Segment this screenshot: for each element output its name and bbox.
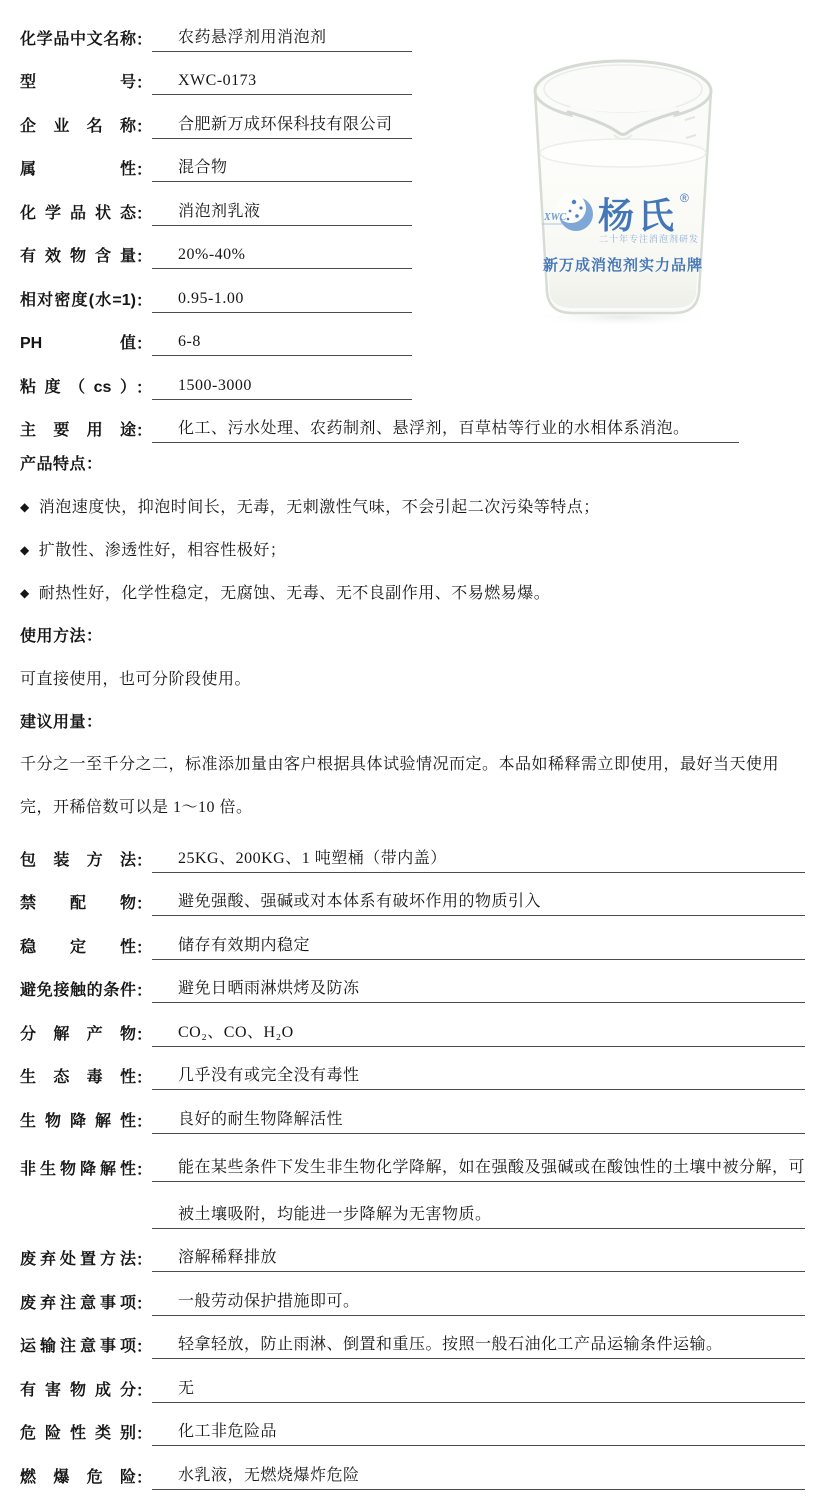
field-row-chemical-name: 化学品中文名称：农药悬浮剂用消泡剂 [20, 8, 805, 52]
field-label: 属性 [20, 160, 136, 182]
field-colon: ： [136, 1065, 152, 1090]
field-row-model: 型号：XWC-0173 [20, 52, 805, 96]
field-colon: ： [136, 244, 152, 269]
field-colon: ： [136, 935, 152, 960]
field-value: 溶解稀释排放 [152, 1247, 805, 1272]
field-row-attribute: 属性：混合物 [20, 139, 805, 183]
field-row-harmful-components: 有害物成分：无 [20, 1359, 805, 1403]
feature-text: 扩散性、渗透性好，相容性极好； [39, 529, 287, 572]
field-label: 生态毒性 [20, 1068, 136, 1090]
field-row-nonbio-degradability: 非生物降解性：能在某些条件下发生非生物化学降解，如在强酸及强碱或在酸蚀性的土壤中… [20, 1134, 805, 1229]
field-colon: ： [136, 418, 152, 443]
field-row-transport-precautions: 运输注意事项：轻拿轻放，防止雨淋、倒置和重压。按照一般石油化工产品运输条件运输。 [20, 1316, 805, 1360]
dosage-text: 千分之一至千分之二，标准添加量由客户根据具体试验情况而定。本品如稀释需立即使用，… [20, 744, 805, 829]
section-heading-usage: 使用方法： [20, 615, 805, 658]
field-row-incompatibles: 禁配物：避免强酸、强碱或对本体系有破坏作用的物质引入 [20, 873, 805, 917]
field-colon: ： [136, 891, 152, 916]
field-value: XWC-0173 [152, 70, 412, 95]
field-value: 化工、污水处理、农药制剂、悬浮剂，百草枯等行业的水相体系消泡。 [152, 418, 739, 443]
field-value: 化工非危险品 [152, 1421, 805, 1446]
field-colon: ： [136, 978, 152, 1003]
field-value: 25KG、200KG、1 吨塑桶（带内盖） [152, 848, 805, 873]
field-row-packing: 包装方法：25KG、200KG、1 吨塑桶（带内盖） [20, 829, 805, 873]
section-heading-dosage: 建议用量： [20, 701, 805, 744]
field-colon: ： [136, 201, 152, 226]
field-value: 水乳液，无燃烧爆炸危险 [152, 1465, 805, 1490]
field-row-main-use: 主要用途：化工、污水处理、农药制剂、悬浮剂，百草枯等行业的水相体系消泡。 [20, 400, 805, 444]
field-colon: ： [136, 70, 152, 95]
field-value: 20%-40% [152, 244, 412, 269]
field-row-biodegradability: 生物降解性：良好的耐生物降解活性 [20, 1090, 805, 1134]
field-label: 型号 [20, 73, 136, 95]
field-label: 有害物成分 [20, 1381, 136, 1403]
field-value: 避免强酸、强碱或对本体系有破坏作用的物质引入 [152, 891, 805, 916]
field-label: 企业名称 [20, 117, 136, 139]
field-value: 避免日晒雨淋烘烤及防冻 [152, 978, 805, 1003]
field-row-ph: PH值：6-8 [20, 313, 805, 357]
field-value: 一般劳动保护措施即可。 [152, 1291, 805, 1316]
field-colon: ： [136, 114, 152, 139]
field-label: 有效物含量 [20, 247, 136, 269]
field-value: 0.95-1.00 [152, 288, 412, 313]
usage-text: 可直接使用，也可分阶段使用。 [20, 658, 805, 701]
field-value: 6-8 [152, 331, 412, 356]
field-label: 分解产物 [20, 1025, 136, 1047]
field-colon: ： [136, 331, 152, 356]
field-label: 包装方法 [20, 851, 136, 873]
field-label: 非生物降解性 [20, 1160, 136, 1182]
field-colon: ： [136, 157, 152, 182]
field-value: 1500-3000 [152, 375, 412, 400]
field-value: 轻拿轻放，防止雨淋、倒置和重压。按照一般石油化工产品运输条件运输。 [152, 1334, 805, 1359]
field-colon: ： [136, 1157, 152, 1182]
field-colon: ： [136, 27, 152, 52]
field-value-line2: 被土壤吸附，均能进一步降解为无害物质。 [152, 1204, 805, 1229]
field-label: 主要用途 [20, 421, 136, 443]
field-label: 避免接触的条件 [20, 981, 136, 1003]
field-value: 储存有效期内稳定 [152, 935, 805, 960]
field-colon: ： [136, 1421, 152, 1446]
diamond-bullet-icon: ◆ [20, 486, 30, 529]
field-row-explosion-hazard: 燃爆危险：水乳液，无燃烧爆炸危险 [20, 1446, 805, 1490]
field-label: 危险性类别 [20, 1424, 136, 1446]
field-colon: ： [136, 1022, 152, 1047]
field-colon: ： [136, 1291, 152, 1316]
feature-text: 耐热性好，化学性稳定，无腐蚀、无毒、无不良副作用、不易燃易爆。 [39, 572, 551, 615]
field-label: 燃爆危险 [20, 1468, 136, 1490]
field-row-active-content: 有效物含量：20%-40% [20, 226, 805, 270]
field-colon: ： [136, 1334, 152, 1359]
field-colon: ： [136, 848, 152, 873]
field-value: 农药悬浮剂用消泡剂 [152, 27, 412, 52]
diamond-bullet-icon: ◆ [20, 529, 30, 572]
field-row-stability: 稳定性：储存有效期内稳定 [20, 916, 805, 960]
field-value: 消泡剂乳液 [152, 201, 412, 226]
field-label: 运输注意事项 [20, 1337, 136, 1359]
field-row-decomposition-products: 分解产物：CO₂、CO、H₂O [20, 1003, 805, 1047]
field-label: 化学品状态 [20, 204, 136, 226]
section-heading-features: 产品特点： [20, 443, 805, 486]
field-value: 混合物 [152, 157, 412, 182]
field-label: 稳定性 [20, 938, 136, 960]
field-value: 无 [152, 1378, 805, 1403]
field-colon: ： [136, 375, 152, 400]
field-label: 废弃注意事项 [20, 1294, 136, 1316]
field-row-viscosity: 粘度（cs）：1500-3000 [20, 356, 805, 400]
field-colon: ： [136, 288, 152, 313]
datasheet: 化学品中文名称：农药悬浮剂用消泡剂 型号：XWC-0173 企业名称：合肥新万成… [20, 8, 805, 1490]
field-label: PH值 [20, 334, 136, 356]
field-label: 生物降解性 [20, 1112, 136, 1134]
field-row-waste-precautions: 废弃注意事项：一般劳动保护措施即可。 [20, 1272, 805, 1316]
field-value-line1: 能在某些条件下发生非生物化学降解，如在强酸及强碱或在酸蚀性的土壤中被分解，可 [152, 1157, 805, 1182]
diamond-bullet-icon: ◆ [20, 572, 30, 615]
feature-text: 消泡速度快，抑泡时间长，无毒，无刺激性气味，不会引起二次污染等特点； [39, 486, 600, 529]
field-row-company: 企业名称：合肥新万成环保科技有限公司 [20, 95, 805, 139]
field-value: CO₂、CO、H₂O [152, 1022, 805, 1047]
field-row-density: 相对密度(水=1)：0.95-1.00 [20, 269, 805, 313]
field-label: 禁配物 [20, 894, 136, 916]
field-row-hazard-class: 危险性类别：化工非危险品 [20, 1403, 805, 1447]
field-colon: ： [136, 1109, 152, 1134]
field-row-state: 化学品状态：消泡剂乳液 [20, 182, 805, 226]
field-colon: ： [136, 1465, 152, 1490]
field-row-waste-disposal: 废弃处置方法：溶解稀释排放 [20, 1229, 805, 1273]
field-value: 良好的耐生物降解活性 [152, 1109, 805, 1134]
feature-item: ◆扩散性、渗透性好，相容性极好； [20, 529, 805, 572]
feature-item: ◆耐热性好，化学性稳定，无腐蚀、无毒、无不良副作用、不易燃易爆。 [20, 572, 805, 615]
field-label: 相对密度(水=1) [20, 291, 136, 313]
field-label: 化学品中文名称 [20, 30, 136, 52]
field-label: 废弃处置方法 [20, 1250, 136, 1272]
field-colon: ： [136, 1378, 152, 1403]
field-row-conditions-to-avoid: 避免接触的条件：避免日晒雨淋烘烤及防冻 [20, 960, 805, 1004]
feature-item: ◆消泡速度快，抑泡时间长，无毒，无刺激性气味，不会引起二次污染等特点； [20, 486, 805, 529]
field-row-ecotoxicity: 生态毒性：几乎没有或完全没有毒性 [20, 1047, 805, 1091]
field-colon: ： [136, 1247, 152, 1272]
field-value: 几乎没有或完全没有毒性 [152, 1065, 805, 1090]
field-label: 粘度（cs） [20, 378, 136, 400]
field-value: 合肥新万成环保科技有限公司 [152, 114, 412, 139]
